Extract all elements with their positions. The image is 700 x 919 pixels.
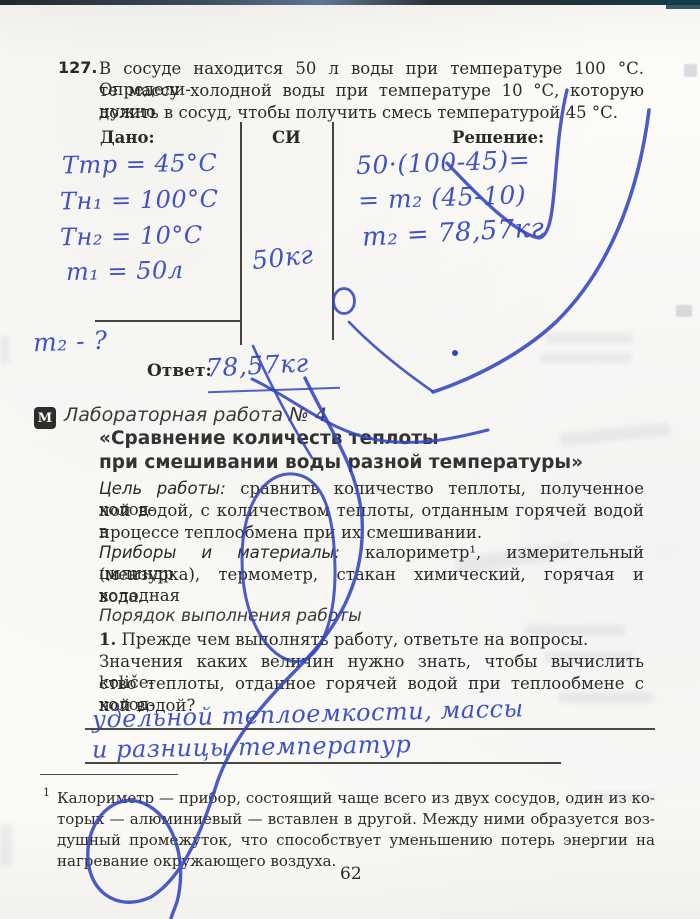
handwritten-solution-line: m₂ = 78,57кг bbox=[361, 213, 545, 253]
step-number: 1. bbox=[99, 630, 116, 649]
footnote-marker: 1 bbox=[43, 786, 50, 799]
workbook-page: 127. В сосуде находится 50 л воды при те… bbox=[0, 0, 700, 919]
lab-subtitle-line: при смешивании воды разной температуры» bbox=[99, 452, 583, 473]
lab-subtitle-line: «Сравнение количеств теплоты bbox=[99, 428, 439, 449]
pen-circle bbox=[334, 289, 355, 314]
page-number: 62 bbox=[340, 864, 362, 884]
bleed-through-icon bbox=[676, 305, 692, 317]
handwritten-answer-value: 78,57кг bbox=[205, 348, 309, 382]
pen-diagonal bbox=[349, 322, 432, 391]
handwritten-si-value: 50кг bbox=[251, 240, 315, 275]
pen-dot bbox=[452, 350, 458, 356]
procedure-heading: Порядок выполнения работы bbox=[99, 606, 362, 626]
bleed-through-smudge bbox=[540, 353, 632, 363]
bleed-through-smudge bbox=[545, 333, 633, 344]
si-column-header: СИ bbox=[272, 128, 301, 147]
footnote-line: торых — алюминиевый — вставлен в другой.… bbox=[57, 809, 655, 830]
footnote-line: душный промежуток, что способствует умен… bbox=[57, 830, 655, 851]
scan-edge-strip bbox=[0, 0, 700, 5]
handwritten-given-value: Tн₁ = 100°C bbox=[60, 185, 219, 216]
margin-method-icon: М bbox=[34, 407, 56, 429]
handwritten-find-value: m₂ - ? bbox=[33, 326, 108, 358]
answer-ruled-line bbox=[85, 762, 561, 764]
handwritten-solution-line: = m₂ (45-10) bbox=[358, 180, 527, 215]
step-1-line: 1. Прежде чем выполнять работу, ответьте… bbox=[99, 629, 644, 650]
table-divider-line bbox=[332, 122, 334, 340]
answer-underline bbox=[208, 387, 340, 394]
given-column-header: Дано: bbox=[100, 128, 155, 147]
problem-text-line: долить в сосуд, чтобы получить смесь тем… bbox=[99, 102, 644, 123]
scan-corner-mark bbox=[666, 0, 700, 9]
goal-label: Цель работы: bbox=[99, 479, 226, 498]
problem-number: 127. bbox=[58, 58, 97, 77]
scanner-shadow bbox=[0, 824, 12, 866]
table-divider-line bbox=[240, 122, 242, 345]
step-text: Прежде чем выполнять работу, ответьте на… bbox=[116, 630, 588, 649]
answer-label: Ответ: bbox=[147, 361, 212, 381]
footnote-line: Калориметр — прибор, состоящий чаще всег… bbox=[57, 788, 655, 809]
goal-paragraph-line: процессе теплообмена при их смешивании. bbox=[99, 522, 644, 543]
handwritten-solution-line: 50·(100-45)= bbox=[356, 145, 531, 180]
footnote-separator bbox=[40, 774, 178, 775]
handwritten-given-value: Tн₂ = 10°C bbox=[60, 221, 203, 251]
materials-label: Приборы и материалы: bbox=[99, 543, 340, 562]
scanner-shadow bbox=[0, 336, 10, 364]
lab-title: Лабораторная работа № 4 bbox=[64, 404, 327, 426]
handwritten-given-value: Tтр = 45°C bbox=[62, 149, 218, 180]
solution-column-header: Решение: bbox=[452, 128, 544, 147]
bleed-through-icon bbox=[684, 64, 697, 77]
handwritten-question-answer: и разницы температур bbox=[92, 730, 412, 764]
given-bottom-line bbox=[95, 320, 240, 322]
handwritten-given-value: m₁ = 50л bbox=[66, 256, 184, 286]
bleed-through-smudge bbox=[560, 422, 671, 446]
materials-paragraph-line: вода. bbox=[99, 586, 644, 607]
answer-ruled-line bbox=[85, 728, 655, 730]
